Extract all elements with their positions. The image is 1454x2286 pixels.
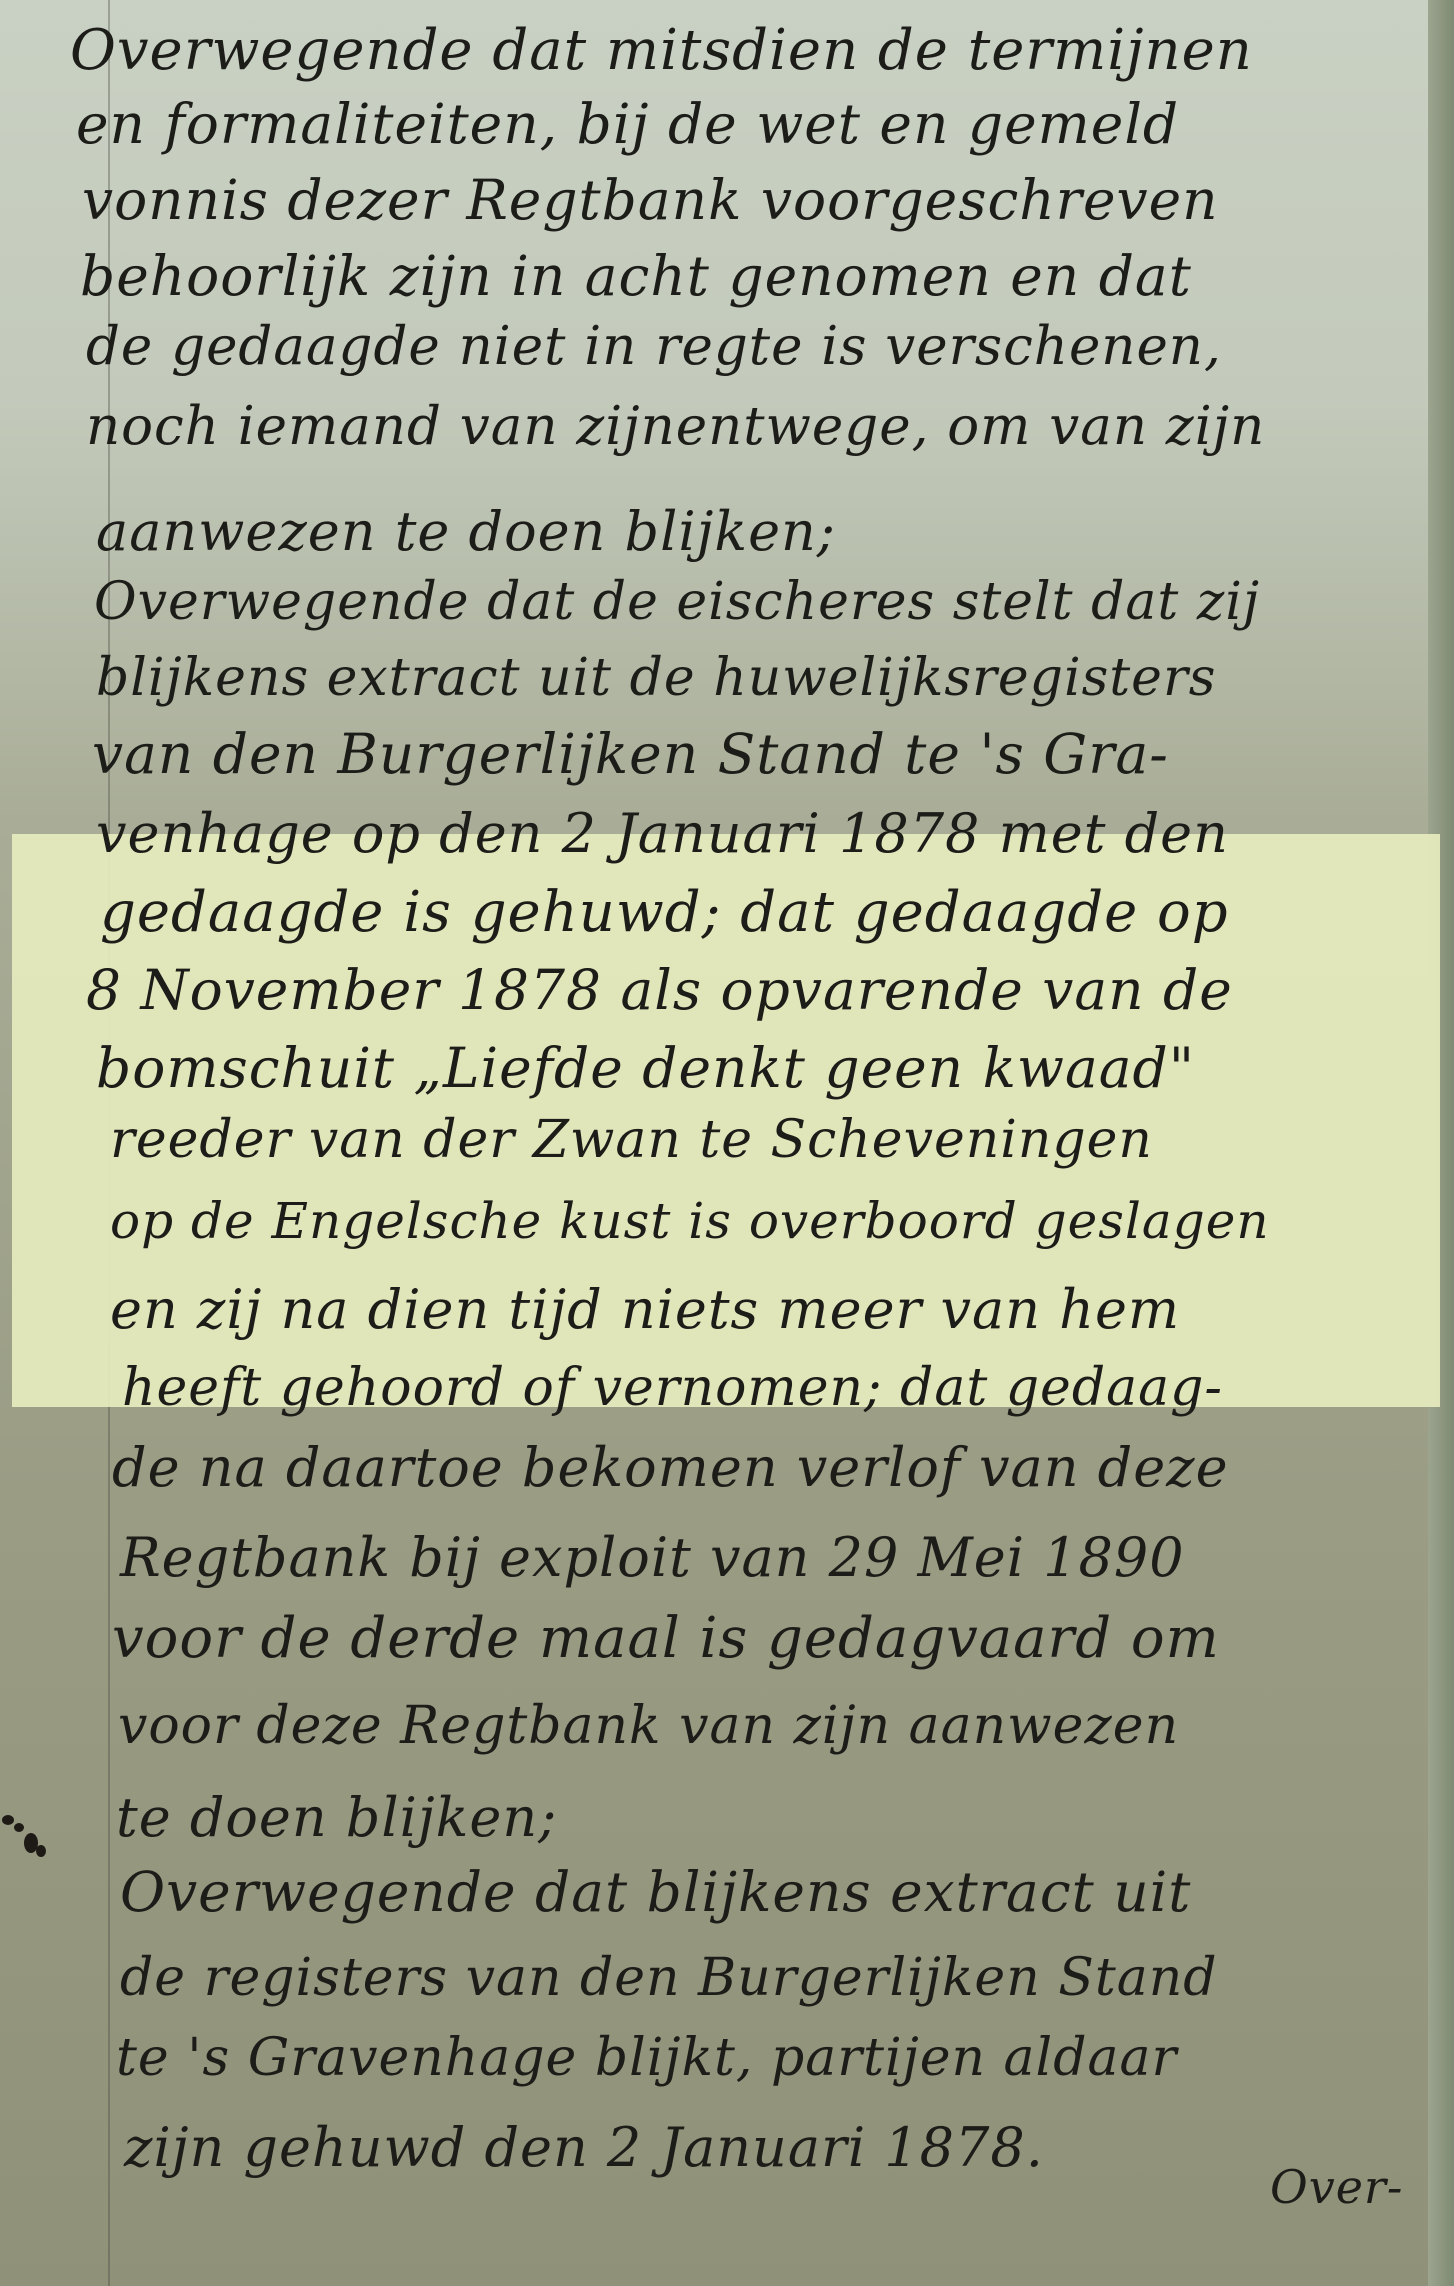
text-line-17: en zij na dien tijd niets meer van hem (110, 1278, 1180, 1341)
text-line-22: voor deze Regtbank van zijn aanwezen (118, 1696, 1179, 1756)
text-line-12: gedaagde is gehuwd; dat gedaagde op (100, 880, 1229, 945)
ink-blot-mark (0, 1815, 44, 1865)
catchword: Over- (1270, 2160, 1403, 2214)
text-line-2: en formaliteiten, bij de wet en gemeld (76, 92, 1179, 156)
text-line-16: op de Engelsche kust is overboord geslag… (110, 1192, 1270, 1250)
text-line-13: 8 November 1878 als opvarende van de (86, 958, 1233, 1022)
text-line-20: Regtbank bij exploit van 29 Mei 1890 (120, 1526, 1185, 1589)
text-line-25: de registers van den Burgerlijken Stand (120, 1948, 1218, 2008)
text-line-24: Overwegende dat blijkens extract uit (120, 1860, 1191, 1924)
text-line-9: blijkens extract uit de huwelijksregiste… (96, 648, 1217, 708)
text-line-4: behoorlijk zijn in acht genomen en dat (80, 244, 1192, 308)
text-line-1: Overwegende dat mitsdien de termijnen (70, 18, 1253, 83)
text-line-26: te 's Gravenhage blijkt, partijen aldaar (116, 2028, 1177, 2088)
text-line-3: vonnis dezer Regtbank voorgeschreven (82, 168, 1219, 232)
text-line-14: bomschuit „Liefde denkt geen kwaad" (96, 1036, 1195, 1100)
document-page: Overwegende dat mitsdien de termijnen en… (0, 0, 1454, 2286)
text-line-23: te doen blijken; (116, 1786, 557, 1849)
text-line-19: de na daartoe bekomen verlof van deze (112, 1436, 1229, 1499)
text-line-6: noch iemand van zijnentwege, om van zijn (86, 396, 1265, 457)
text-line-11: venhage op den 2 Januari 1878 met den (96, 802, 1229, 865)
text-line-18: heeft gehoord of vernomen; dat gedaag- (122, 1358, 1223, 1418)
text-line-5: de gedaagde niet in regte is verschenen, (86, 316, 1222, 377)
text-line-27: zijn gehuwd den 2 Januari 1878. (124, 2116, 1044, 2179)
text-line-7: aanwezen te doen blijken; (96, 500, 836, 563)
text-line-10: van den Burgerlijken Stand te 's Gra- (92, 722, 1169, 786)
text-line-15: reeder van der Zwan te Scheveningen (110, 1110, 1153, 1170)
text-line-8: Overwegende dat de eischeres stelt dat z… (94, 572, 1260, 632)
text-line-21: voor de derde maal is gedagvaard om (112, 1606, 1220, 1671)
